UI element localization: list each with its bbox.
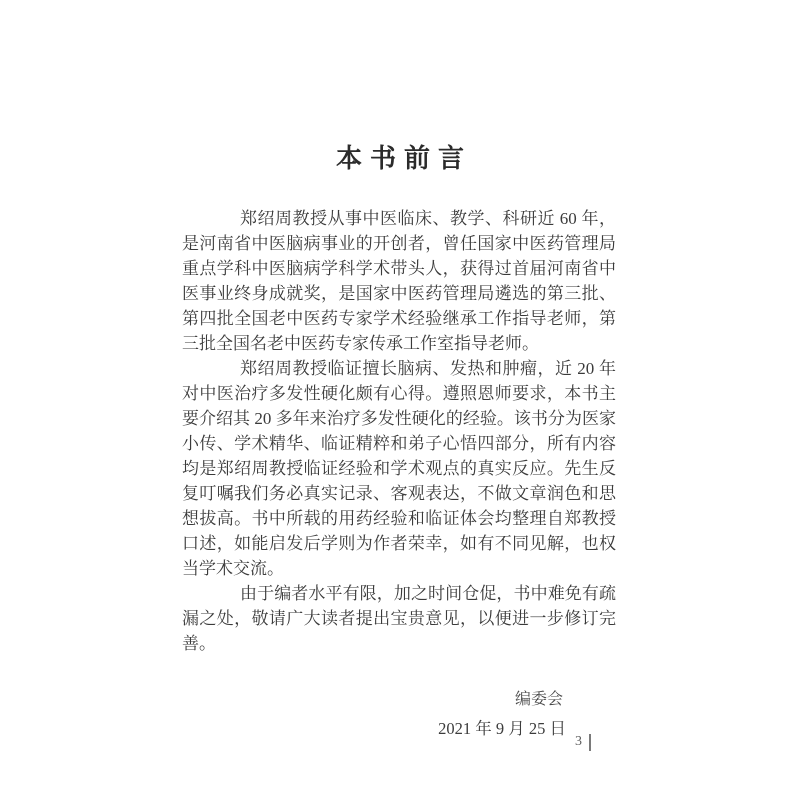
page-number: 3 [575,733,582,751]
book-page: 本书前言 郑绍周教授从事中医临床、教学、科研近 60 年，是河南省中医脑病事业的… [0,0,800,800]
preface-paragraph-2: 郑绍周教授临证擅长脑病、发热和肿瘤，近 20 年对中医治疗多发性硬化颇有心得。遵… [182,356,616,581]
page-title: 本书前言 [0,144,800,174]
preface-paragraph-3: 由于编者水平有限，加之时间仓促，书中难免有疏漏之处，敬请广大读者提出宝贵意见，以… [182,581,616,656]
page-footer: 3 [575,733,591,751]
signature-date: 2021 年 9 月 25 日 [182,718,616,740]
page-number-divider [589,734,591,751]
preface-paragraph-1: 郑绍周教授从事中医临床、教学、科研近 60 年，是河南省中医脑病事业的开创者，曾… [182,206,616,356]
preface-body: 郑绍周教授从事中医临床、教学、科研近 60 年，是河南省中医脑病事业的开创者，曾… [182,206,616,740]
signature-editorial-committee: 编委会 [182,689,616,711]
